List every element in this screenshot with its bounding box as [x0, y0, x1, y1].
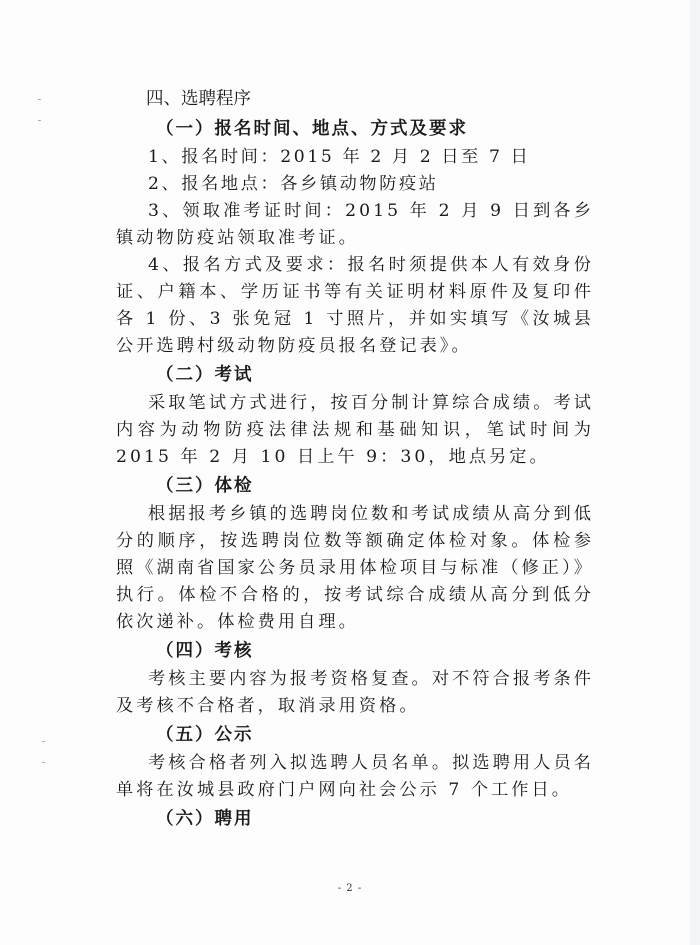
subsection-heading-exam: （二）考试 [116, 360, 594, 390]
scan-mark [38, 120, 41, 121]
registration-location: 2、报名地点：各乡镇动物防疫站 [116, 171, 594, 198]
subsection-heading-publicity: （五）公示 [116, 720, 594, 750]
scan-mark [42, 741, 45, 742]
publicity-body: 考核合格者列入拟选聘人员名单。拟选聘用人员名单将在汝城县政府门户网向社会公示 7… [116, 750, 594, 804]
document-body: 四、选聘程序 （一）报名时间、地点、方式及要求 1、报名时间：2015 年 2 … [116, 84, 594, 834]
assessment-body: 考核主要内容为报考资格复查。对不符合报考条件及考核不合格者，取消录用资格。 [116, 666, 594, 720]
scan-mark [42, 762, 45, 763]
subsection-heading-physical-exam: （三）体检 [116, 471, 594, 501]
physical-exam-body: 根据报考乡镇的选聘岗位数和考试成绩从高分到低分的顺序，按选聘岗位数等额确定体检对… [116, 501, 594, 636]
registration-time: 1、报名时间：2015 年 2 月 2 日至 7 日 [116, 144, 594, 171]
subsection-heading-assessment: （四）考核 [116, 636, 594, 666]
section-title: 四、选聘程序 [116, 84, 594, 114]
page-number: - 2 - [0, 883, 700, 894]
admission-ticket-time: 3、领取准考证时间：2015 年 2 月 9 日到各乡镇动物防疫站领取准考证。 [116, 198, 594, 252]
subsection-heading-registration: （一）报名时间、地点、方式及要求 [116, 114, 594, 144]
subsection-heading-employment: （六）聘用 [116, 804, 594, 834]
exam-body: 采取笔试方式进行，按百分制计算综合成绩。考试内容为动物防疫法律法规和基础知识，笔… [116, 390, 594, 471]
scan-mark [38, 99, 41, 100]
registration-requirements: 4、报名方式及要求：报名时须提供本人有效身份证、户籍本、学历证书等有关证明材料原… [116, 252, 594, 360]
scan-page-edge [690, 0, 700, 945]
